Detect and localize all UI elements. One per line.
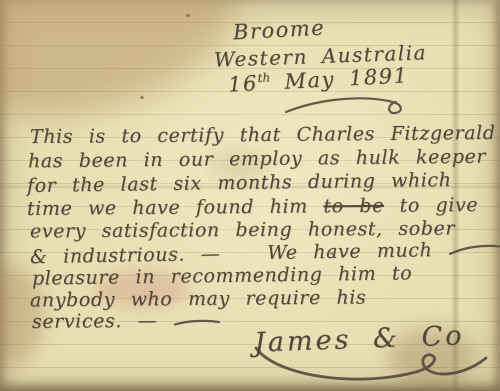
much-dash-flourish xyxy=(448,241,500,258)
header-date-ordinal: th xyxy=(257,71,270,86)
body-line-4-post: to give xyxy=(384,194,478,217)
ink-speck xyxy=(186,14,190,17)
body-line-5: every satisfaction being honest, sober xyxy=(30,218,455,243)
header-date-day: 16 xyxy=(227,71,258,97)
body-line-9: services. — xyxy=(32,309,221,333)
header-place: Broome xyxy=(232,16,325,45)
body-line-9-text: services. — xyxy=(32,310,173,333)
body-line-4: time we have found him to be to give xyxy=(27,194,478,220)
date-flourish xyxy=(283,90,418,120)
letter-photo: Broome Western Australia 16th May 1891 T… xyxy=(0,0,500,391)
struck-out-words: to be xyxy=(323,195,384,218)
ink-speck xyxy=(140,96,144,99)
signature-flourish xyxy=(248,344,492,390)
body-line-1: This is to certify that Charles Fitzgera… xyxy=(30,122,496,148)
services-dash-flourish xyxy=(173,316,221,329)
body-line-4-pre: time we have found him xyxy=(27,195,324,220)
body-line-8: anybody who may require his xyxy=(30,287,367,312)
